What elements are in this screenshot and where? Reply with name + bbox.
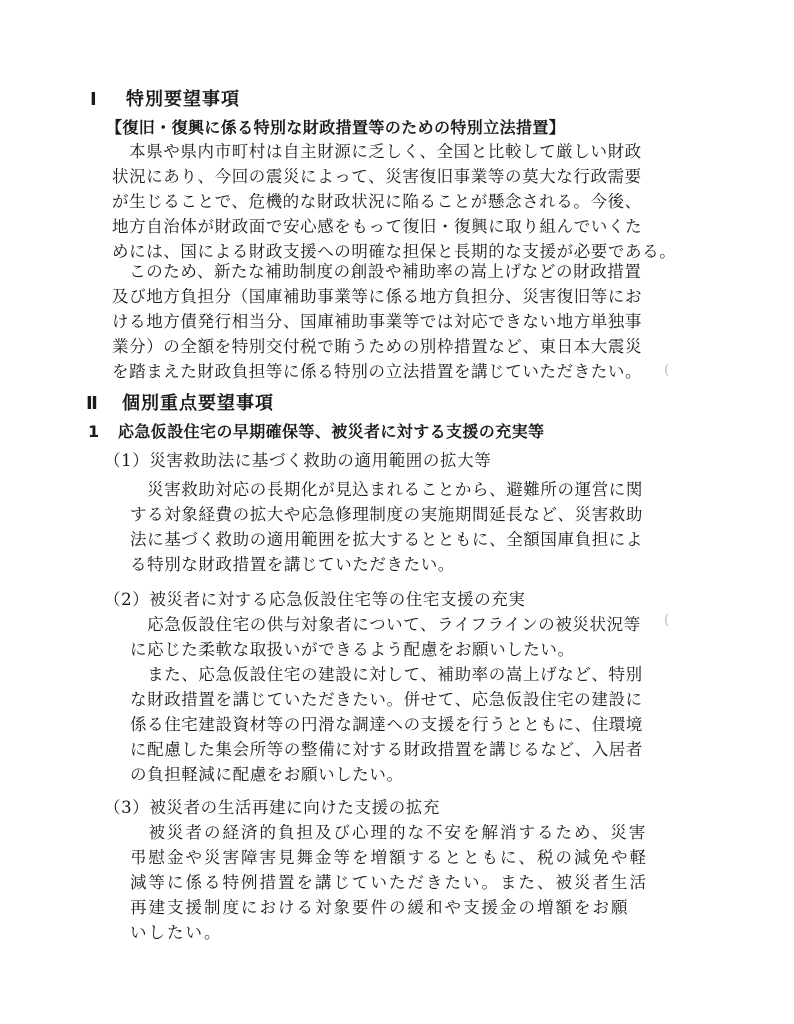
subitem-1-heading: （1）災害救助法に基づく救助の適用範囲の拡大等 bbox=[104, 451, 491, 471]
section-1-numeral: Ⅰ bbox=[90, 90, 126, 110]
subitem-2-heading: （2）被災者に対する応急仮設住宅等の住宅支援の充実 bbox=[104, 590, 526, 610]
paragraph-line: めには、国による財政支援への明確な担保と長期的な支援が必要である。 bbox=[112, 242, 676, 262]
scan-mark: ( bbox=[664, 612, 669, 628]
section-1-heading: Ⅰ特別要望事項 bbox=[90, 90, 240, 110]
paragraph-line: に配慮した集会所等の整備に対する財政措置を講じるなど、入居者 bbox=[130, 740, 643, 760]
subitem-1-label: （1） bbox=[104, 451, 149, 470]
paragraph-line: 災害救助対応の長期化が見込まれることから、避難所の運営に関 bbox=[130, 480, 643, 500]
paragraph-line: 業分）の全額を特別交付税で賄うための別枠措置など、東日本大震災 bbox=[112, 337, 642, 357]
item-1-heading: 1応急仮設住宅の早期確保等、被災者に対する支援の充実等 bbox=[88, 422, 544, 442]
paragraph-line: る特別な財政措置を講じていただきたい。 bbox=[130, 555, 455, 575]
paragraph-line: 再建支援制度における対象要件の緩和や支援金の増額をお願 bbox=[130, 898, 630, 918]
scan-mark: ( bbox=[664, 362, 669, 378]
paragraph-line: する対象経費の拡大や応急修理制度の実施期間延長など、災害救助 bbox=[130, 505, 643, 525]
section-2-heading: Ⅱ個別重点要望事項 bbox=[86, 394, 274, 414]
paragraph-line: 地方自治体が財政面で安心感をもって復旧・復興に取り組んでいくた bbox=[112, 217, 642, 237]
paragraph-line: が生じることで、危機的な財政状況に陥ることが懸念される。今後、 bbox=[112, 192, 642, 212]
paragraph-line: 及び地方負担分（国庫補助事業等に係る地方負担分、災害復旧等にお bbox=[112, 287, 642, 307]
paragraph-line: な財政措置を講じていただきたい。併せて、応急仮設住宅の建設に bbox=[130, 690, 643, 710]
paragraph-line: 係る住宅建設資材等の円滑な調達への支援を行うとともに、住環境 bbox=[130, 715, 643, 735]
paragraph-line: また、応急仮設住宅の建設に対して、補助率の嵩上げなど、特別 bbox=[130, 665, 643, 685]
section-2-numeral: Ⅱ bbox=[86, 394, 122, 414]
subitem-1-title: 災害救助法に基づく救助の適用範囲の拡大等 bbox=[149, 451, 491, 470]
subitem-3-heading: （3）被災者の生活再建に向けた支援の拡充 bbox=[104, 798, 440, 818]
paragraph-line: 弔慰金や災害障害見舞金等を増額するとともに、税の減免や軽 bbox=[130, 848, 648, 868]
paragraph-line: このため、新たな補助制度の創設や補助率の嵩上げなどの財政措置 bbox=[112, 262, 641, 282]
section-1-title: 特別要望事項 bbox=[126, 89, 240, 110]
paragraph-line: いしたい。 bbox=[130, 923, 223, 943]
item-1-title: 応急仮設住宅の早期確保等、被災者に対する支援の充実等 bbox=[118, 422, 544, 441]
paragraph-line: ける地方債発行相当分、国庫補助事業等では対応できない地方単独事 bbox=[112, 312, 642, 332]
paragraph-line: 法に基づく救助の適用範囲を拡大するとともに、全額国庫負担によ bbox=[130, 530, 643, 550]
subitem-3-title: 被災者の生活再建に向けた支援の拡充 bbox=[149, 798, 440, 817]
paragraph-line: 応急仮設住宅の供与対象者について、ライフラインの被災状況等 bbox=[130, 615, 641, 635]
paragraph-line: の負担軽減に配慮をお願いしたい。 bbox=[130, 765, 404, 785]
subitem-2-title: 被災者に対する応急仮設住宅等の住宅支援の充実 bbox=[149, 590, 525, 609]
paragraph-line: 本県や県内市町村は自主財源に乏しく、全国と比較して厳しい財政 bbox=[112, 142, 642, 162]
subitem-3-label: （3） bbox=[104, 798, 149, 817]
item-1-number: 1 bbox=[88, 422, 118, 442]
section-1-subtitle: 【復旧・復興に係る特別な財政措置等のための特別立法措置】 bbox=[106, 118, 565, 138]
paragraph-line: 減等に係る特例措置を講じていただきたい。また、被災者生活 bbox=[130, 873, 648, 893]
subitem-2-label: （2） bbox=[104, 590, 149, 609]
section-2-title: 個別重点要望事項 bbox=[122, 393, 274, 414]
paragraph-line: を踏まえた財政負担等に係る特別の立法措置を講じていただきたい。 bbox=[112, 362, 642, 382]
paragraph-line: 被災者の経済的負担及び心理的な不安を解消するため、災害 bbox=[130, 823, 647, 843]
paragraph-line: 状況にあり、今回の震災によって、災害復旧事業等の莫大な行政需要 bbox=[112, 167, 642, 187]
paragraph-line: に応じた柔軟な取扱いができるよう配慮をお願いしたい。 bbox=[130, 640, 575, 660]
